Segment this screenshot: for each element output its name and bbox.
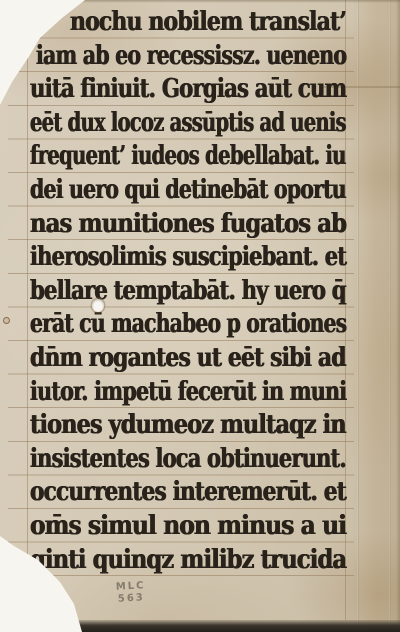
line-text: frequent’ iudeos debellabat. iu (30, 140, 346, 174)
line-text: uitā finiuit. Gorgias aūt cum (30, 73, 346, 107)
line-text: om̄s simul non minus a ui (30, 510, 346, 544)
line-text: iam ab eo recessissz. ueneno (36, 40, 346, 74)
leaf-top-edge (0, 0, 400, 3)
leaf-bottom-edge (0, 620, 400, 632)
parchment-leaf: nochu nobilem translat’ iam ab eo recess… (0, 0, 400, 632)
margin-hole (3, 317, 10, 324)
shelfmark-pencil: MLC 563 (107, 580, 154, 606)
manuscript-line: dei uero qui detinebāt oportu (30, 174, 346, 208)
vertical-crease (357, 0, 359, 632)
line-text: ginti quinqz milibz trucida (30, 544, 346, 578)
line-text: erāt cū machabeo p orationes (30, 308, 346, 342)
manuscript-line: iam ab eo recessissz. ueneno (36, 40, 346, 74)
line-text: eēt dux locoz assūptis ad uenis (30, 107, 346, 141)
line-text: nas munitiones fugatos ab (30, 208, 346, 242)
manuscript-line: uitā finiuit. Gorgias aūt cum (30, 73, 346, 107)
line-text: iherosolimis suscipiebant. et (30, 241, 346, 275)
manuscript-line: bellare temptabāt. hy uero q̄ (30, 275, 346, 309)
manuscript-line: iherosolimis suscipiebant. et (30, 241, 346, 275)
left-bounding-rule (27, 0, 28, 620)
manuscript-line: insistentes loca obtinuerunt. (30, 443, 346, 477)
manuscript-line: nas munitiones fugatos ab (30, 208, 346, 242)
manuscript-line: om̄s simul non minus a ui (30, 510, 346, 544)
line-text: tiones ydumeoz multaqz in (30, 409, 346, 443)
manuscript-line: ginti quinqz milibz trucida (30, 544, 346, 578)
manuscript-line: iutor. impetū fecerūt in muni (30, 376, 346, 410)
shelfmark-line: 563 (108, 592, 155, 606)
line-text: insistentes loca obtinuerunt. (30, 443, 346, 477)
manuscript-line: dn̄m rogantes ut eēt sibi ad (30, 342, 346, 376)
manuscript-line: nochu nobilem translat’ (70, 6, 346, 40)
worm-hole (92, 299, 104, 312)
manuscript-line: eēt dux locoz assūptis ad uenis (30, 107, 346, 141)
vertical-crease (389, 0, 391, 632)
line-text: nochu nobilem translat’ (70, 6, 346, 40)
line-text: dn̄m rogantes ut eēt sibi ad (30, 342, 346, 376)
line-text: occurrentes interemerūt. et (30, 476, 346, 510)
manuscript-line: erāt cū machabeo p orationes (30, 308, 346, 342)
manuscript-line: tiones ydumeoz multaqz in (30, 409, 346, 443)
manuscript-line: frequent’ iudeos debellabat. iu (30, 140, 346, 174)
line-text: bellare temptabāt. hy uero q̄ (30, 275, 346, 309)
line-text: iutor. impetū fecerūt in muni (30, 376, 346, 410)
text-block: nochu nobilem translat’ iam ab eo recess… (30, 6, 346, 577)
line-text: dei uero qui detinebāt oportu (30, 174, 346, 208)
manuscript-line: occurrentes interemerūt. et (30, 476, 346, 510)
leaf-right-edge (396, 0, 400, 632)
scanned-page: nochu nobilem translat’ iam ab eo recess… (0, 0, 400, 632)
